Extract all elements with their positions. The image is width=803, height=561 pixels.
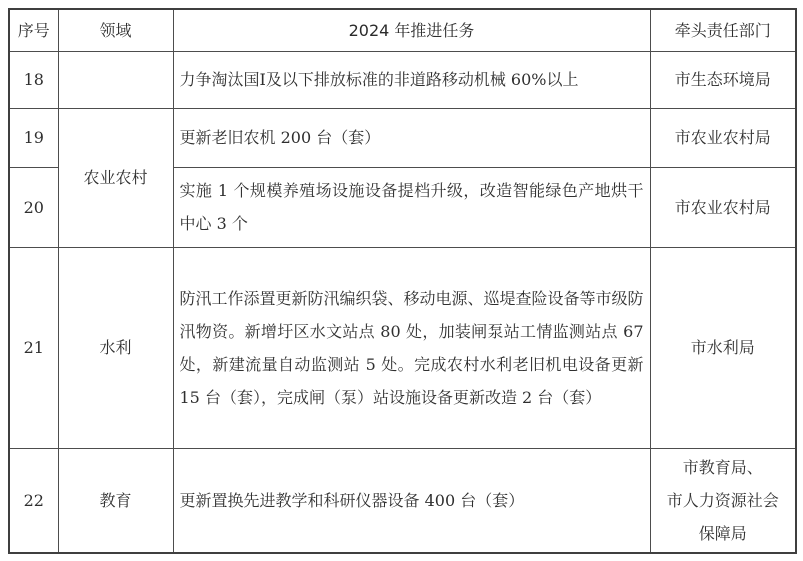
table-row-19: 19 农业农村 更新老旧农机 200 台（套） 市农业农村局: [9, 108, 796, 167]
row-number-cell: 22: [9, 448, 58, 553]
task-table: 序号 领域 2024 年推进任务 牵头责任部门 18 力争淘汰国Ⅰ及以下排放标准…: [8, 8, 797, 554]
dept-cell: 市生态环境局: [650, 51, 796, 108]
row-number-cell: 18: [9, 51, 58, 108]
row-number-cell: 19: [9, 108, 58, 167]
task-cell: 更新置换先进教学和科研仪器设备 400 台（套）: [173, 448, 650, 553]
table-row-21: 21 水利 防汛工作添置更新防汛编织袋、移动电源、巡堤查险设备等市级防汛物资。新…: [9, 247, 796, 448]
table-row-22: 22 教育 更新置换先进教学和科研仪器设备 400 台（套） 市教育局、 市人力…: [9, 448, 796, 553]
field-cell-education: 教育: [58, 448, 173, 553]
task-cell: 防汛工作添置更新防汛编织袋、移动电源、巡堤查险设备等市级防汛物资。新增圩区水文站…: [173, 247, 650, 448]
field-cell: [58, 51, 173, 108]
header-row: 序号 领域 2024 年推进任务 牵头责任部门: [9, 9, 796, 51]
header-field: 领域: [58, 9, 173, 51]
dept-cell: 市教育局、 市人力资源社会 保障局: [650, 448, 796, 553]
dept-cell: 市水利局: [650, 247, 796, 448]
field-cell-water: 水利: [58, 247, 173, 448]
row-number-cell: 21: [9, 247, 58, 448]
dept-cell: 市农业农村局: [650, 108, 796, 167]
field-cell-agriculture: 农业农村: [58, 108, 173, 247]
table-row-18: 18 力争淘汰国Ⅰ及以下排放标准的非道路移动机械 60%以上 市生态环境局: [9, 51, 796, 108]
header-task: 2024 年推进任务: [173, 9, 650, 51]
task-cell: 力争淘汰国Ⅰ及以下排放标准的非道路移动机械 60%以上: [173, 51, 650, 108]
task-cell: 实施 1 个规模养殖场设施设备提档升级，改造智能绿色产地烘干中心 3 个: [173, 167, 650, 247]
row-number-cell: 20: [9, 167, 58, 247]
header-dept: 牵头责任部门: [650, 9, 796, 51]
header-no: 序号: [9, 9, 58, 51]
dept-cell: 市农业农村局: [650, 167, 796, 247]
task-cell: 更新老旧农机 200 台（套）: [173, 108, 650, 167]
